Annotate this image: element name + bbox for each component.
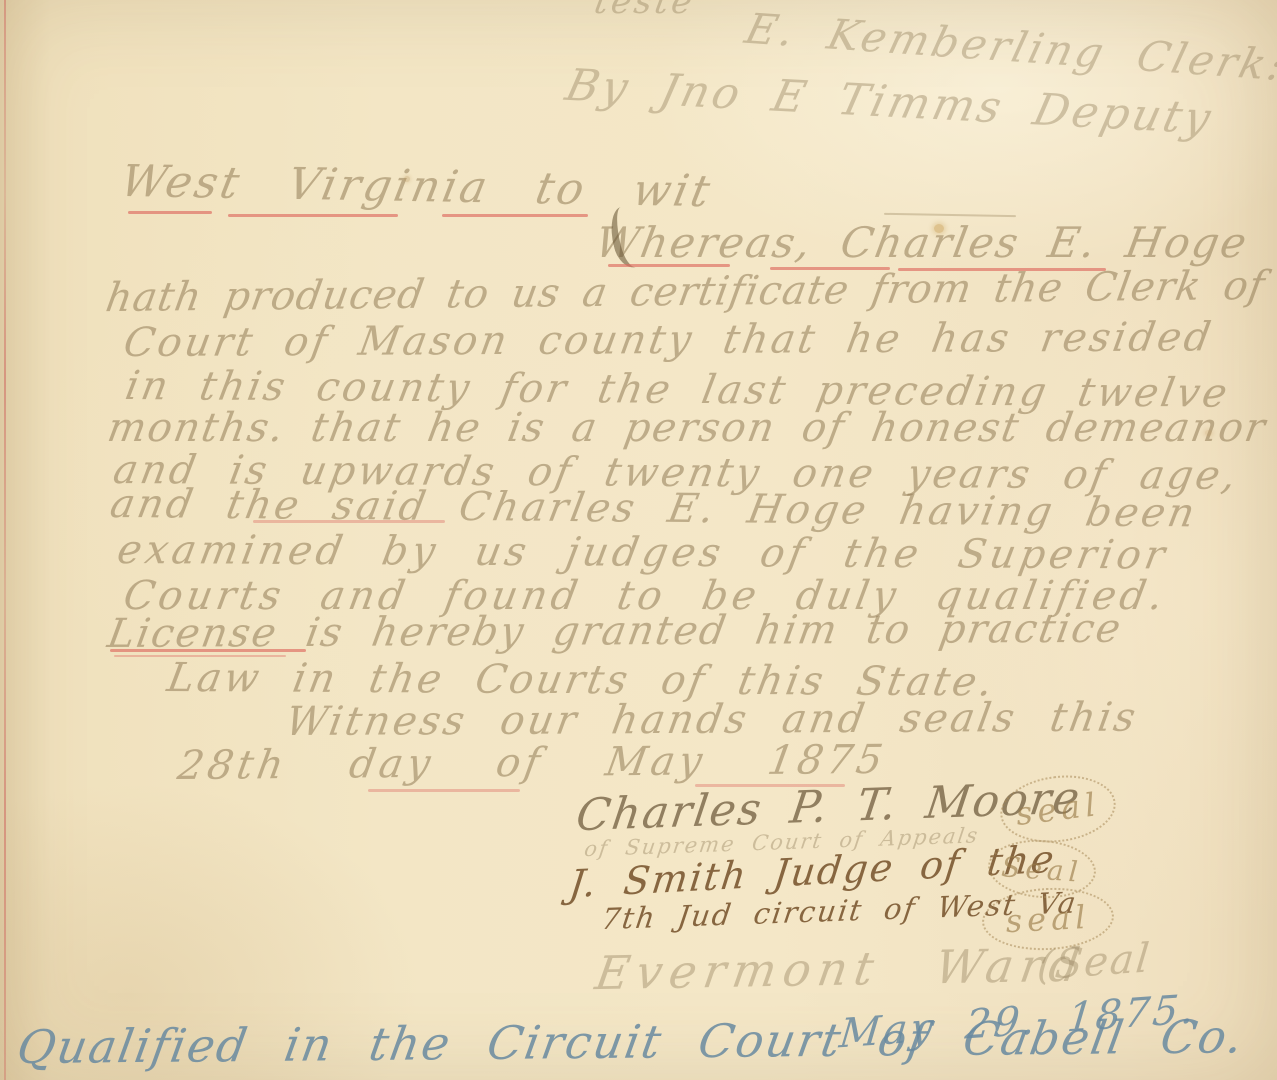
red-margin-line — [4, 0, 6, 1080]
document-scan: teste E. Kemberling Clerk: By Jno E Timm… — [0, 0, 1277, 1080]
body-line: Court of Mason county that he has reside… — [120, 315, 1216, 365]
body-line: hath produced to us a certificate from t… — [103, 263, 1277, 320]
seal-text: Seal — [1000, 850, 1084, 889]
seal-text: seal — [1014, 785, 1103, 833]
red-underline — [128, 211, 212, 214]
red-underline — [253, 520, 445, 523]
red-underline — [114, 655, 286, 657]
red-underline — [442, 214, 588, 217]
red-underline — [228, 214, 398, 217]
whereas-heading: Whereas, Charles E. Hoge — [592, 220, 1252, 266]
red-underline — [608, 264, 730, 267]
signature-ward: Evermont Ward — [592, 939, 1090, 998]
paper-spot — [404, 176, 410, 182]
body-line: 28th day of May 1875 — [175, 738, 890, 788]
body-line: examined by us judges of the Superior — [114, 528, 1172, 577]
red-underline — [368, 789, 520, 792]
body-line: months. that he is a person of honest de… — [104, 406, 1270, 450]
paper-spot — [934, 224, 944, 233]
attestation-teste: teste — [591, 0, 698, 21]
red-underline — [110, 649, 306, 652]
ink-stroke — [884, 213, 1016, 217]
body-line: Witness our hands and seals this — [282, 696, 1141, 744]
seal-text: seal — [1005, 898, 1092, 940]
paper-spot — [1205, 430, 1212, 436]
